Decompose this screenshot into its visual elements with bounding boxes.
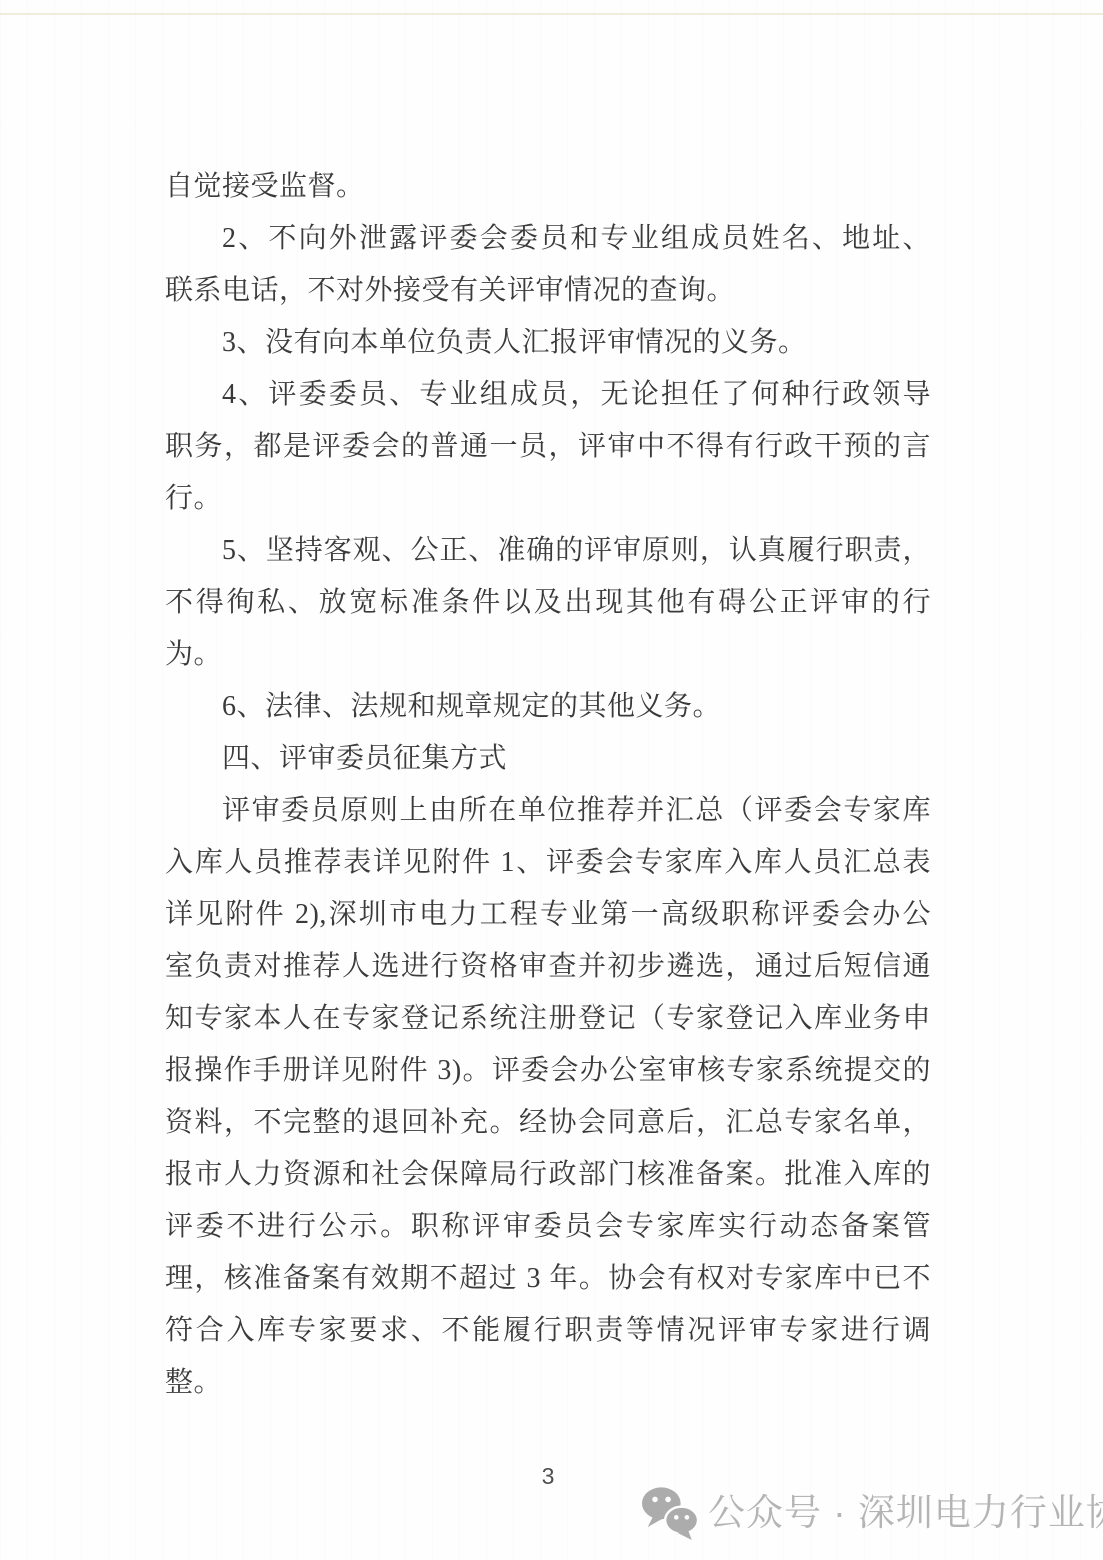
document-line: 职务，都是评委会的普通一员，评审中不得有行政干预的言 bbox=[165, 421, 931, 473]
document-line: 2、不向外泄露评委会委员和专业组成员姓名、地址、 bbox=[165, 213, 931, 265]
document-line: 5、坚持客观、公正、准确的评审原则，认真履行职责， bbox=[165, 525, 931, 577]
document-line: 符合入库专家要求、不能履行职责等情况评审专家进行调 bbox=[165, 1305, 931, 1357]
wechat-icon bbox=[641, 1484, 699, 1541]
document-line: 报市人力资源和社会保障局行政部门核准备案。批准入库的 bbox=[165, 1149, 931, 1201]
document-section-heading: 四、评审委员征集方式 bbox=[165, 733, 931, 785]
document-page: { "page": { "width": 1103, "height": 156… bbox=[0, 0, 1103, 1560]
document-line: 入库人员推荐表详见附件 1、评委会专家库入库人员汇总表 bbox=[165, 837, 931, 889]
document-line: 报操作手册详见附件 3)。评委会办公室审核专家系统提交的 bbox=[165, 1045, 931, 1097]
document-line: 整。 bbox=[165, 1357, 931, 1409]
document-line: 自觉接受监督。 bbox=[165, 161, 931, 213]
document-line: 6、法律、法规和规章规定的其他义务。 bbox=[165, 681, 931, 733]
document-line: 联系电话，不对外接受有关评审情况的查询。 bbox=[165, 265, 931, 317]
document-line: 资料，不完整的退回补充。经协会同意后，汇总专家名单， bbox=[165, 1097, 931, 1149]
document-line: 评审委员原则上由所在单位推荐并汇总（评委会专家库 bbox=[165, 785, 931, 837]
document-line: 知专家本人在专家登记系统注册登记（专家登记入库业务申 bbox=[165, 993, 931, 1045]
document-line: 3、没有向本单位负责人汇报评审情况的义务。 bbox=[165, 317, 931, 369]
scan-artifact-line bbox=[0, 13, 1103, 15]
watermark-label: 公众号 · 深圳电力行业协会 bbox=[708, 1485, 1103, 1541]
document-line: 4、评委委员、专业组成员，无论担任了何种行政领导 bbox=[165, 369, 931, 421]
document-line: 不得徇私、放宽标准条件以及出现其他有碍公正评审的行 bbox=[165, 577, 931, 629]
document-line: 行。 bbox=[165, 473, 931, 525]
document-line: 理，核准备案有效期不超过 3 年。协会有权对专家库中已不 bbox=[165, 1253, 931, 1305]
watermark: 公众号 · 深圳电力行业协会 bbox=[641, 1484, 1103, 1541]
document-line: 评委不进行公示。职称评审委员会专家库实行动态备案管 bbox=[165, 1201, 931, 1253]
document-line: 为。 bbox=[165, 629, 931, 681]
document-text-block: 自觉接受监督。 2、不向外泄露评委会委员和专业组成员姓名、地址、 联系电话，不对… bbox=[165, 161, 931, 1409]
document-line: 详见附件 2),深圳市电力工程专业第一高级职称评委会办公 bbox=[165, 889, 931, 941]
document-line: 室负责对推荐人选进行资格审查并初步遴选，通过后短信通 bbox=[165, 941, 931, 993]
